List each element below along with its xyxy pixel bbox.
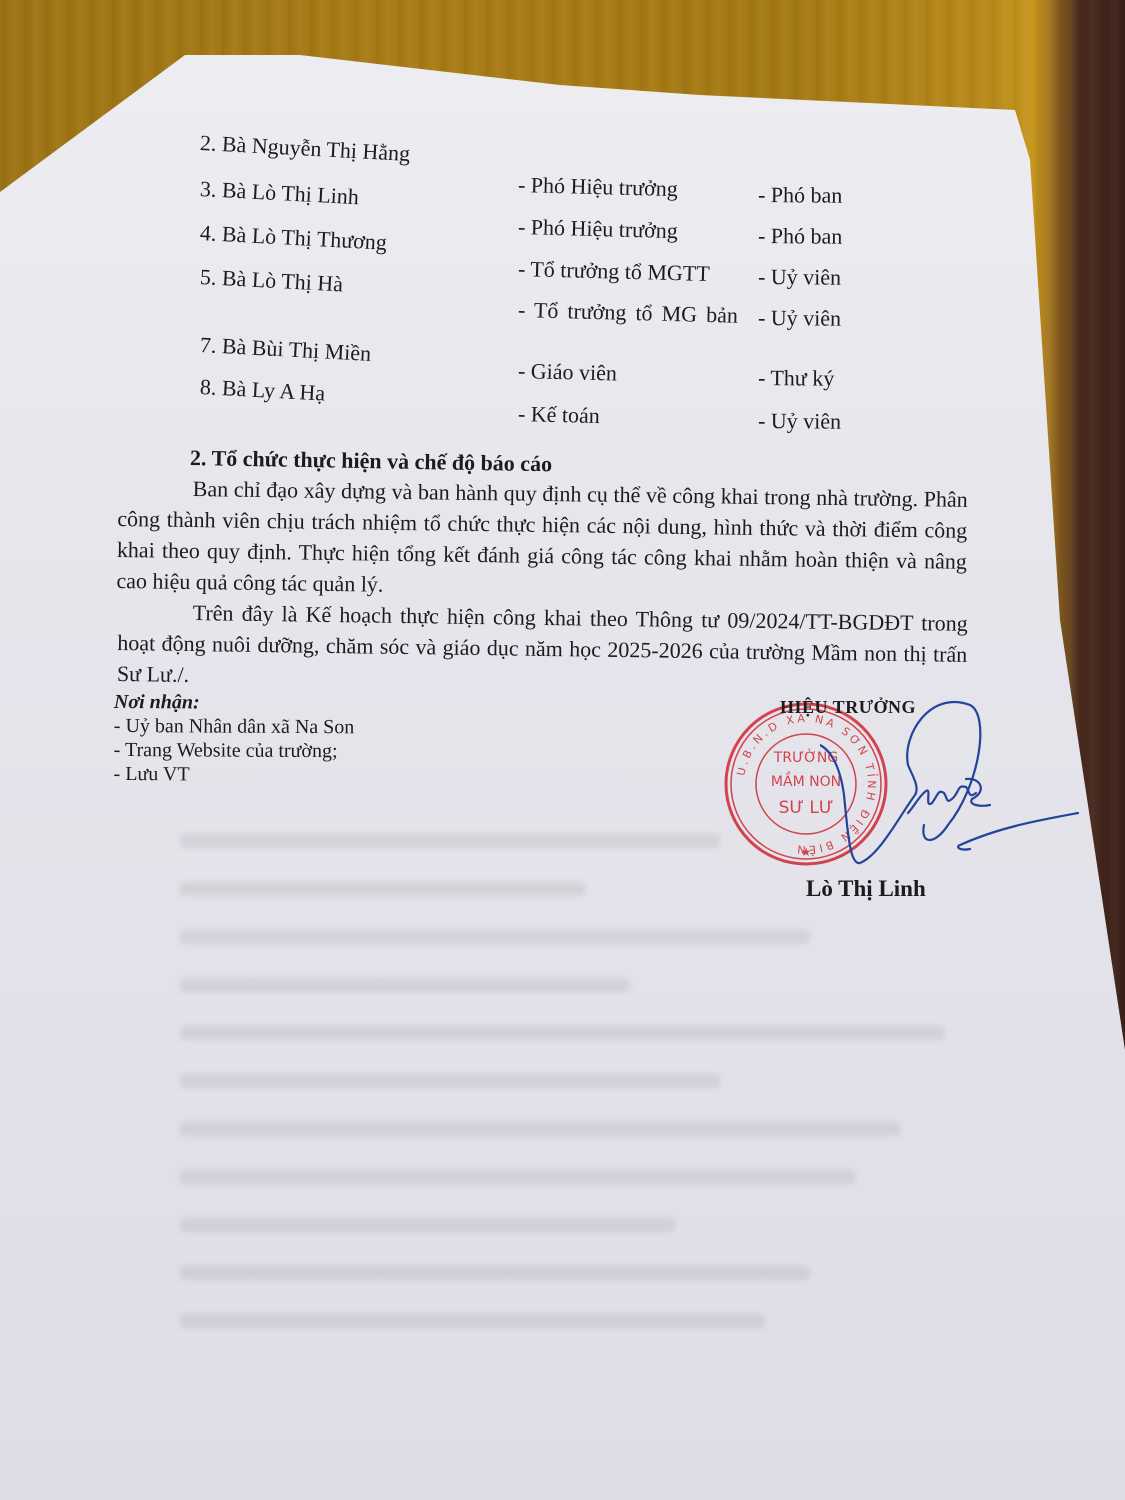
member-role: - Kế toán xyxy=(518,401,601,429)
member-duty: - Uỷ viên xyxy=(758,305,841,332)
paragraph-text: Ban chỉ đạo xây dựng và ban hành quy địn… xyxy=(116,476,968,597)
signatory-name: Lò Thị Linh xyxy=(806,876,926,902)
paragraph-closing: Trên đây là Kế hoạch thực hiện công khai… xyxy=(117,596,968,701)
section-heading: 2. Tổ chức thực hiện và chế độ báo cáo xyxy=(190,445,553,477)
handwritten-signature-icon xyxy=(820,695,1090,875)
recipients-block: Nơi nhận: - Uỷ ban Nhân dân xã Na Son - … xyxy=(113,690,354,787)
recipients-label: Nơi nhận: xyxy=(114,690,355,715)
member-name: 5. Bà Lò Thị Hà xyxy=(199,264,343,297)
member-duty: - Uỷ viên xyxy=(758,408,841,435)
show-through-text xyxy=(180,800,1080,1360)
member-name: 3. Bà Lò Thị Linh xyxy=(199,176,359,210)
member-name: 2. Bà Nguyễn Thị Hằng xyxy=(199,130,410,167)
document-content: 2. Bà Nguyễn Thị Hằng 3. Bà Lò Thị Linh … xyxy=(0,0,1125,1500)
member-duty: - Phó ban xyxy=(758,223,843,250)
recipient-item: - Trang Website của trường; xyxy=(114,738,355,763)
member-duty: - Uỷ viên xyxy=(758,264,841,291)
member-role: - Tổ trưởng tổ MGTT xyxy=(518,256,710,287)
member-duty: - Phó ban xyxy=(758,182,843,209)
member-role: - Giáo viên xyxy=(518,358,618,387)
member-role: - Phó Hiệu trưởng xyxy=(518,214,678,244)
paragraph-text: Trên đây là Kế hoạch thực hiện công khai… xyxy=(117,600,968,687)
member-role: - Phó Hiệu trưởng xyxy=(518,172,678,202)
member-name: 8. Bà Ly A Hạ xyxy=(199,374,325,407)
member-name: 7. Bà Bùi Thị Miền xyxy=(199,332,371,367)
member-name: 4. Bà Lò Thị Thương xyxy=(199,220,387,256)
member-duty: - Thư ký xyxy=(758,365,835,392)
paragraph-implementation: Ban chỉ đạo xây dựng và ban hành quy địn… xyxy=(116,472,968,608)
recipient-item: - Lưu VT xyxy=(113,762,354,787)
recipient-item: - Uỷ ban Nhân dân xã Na Son xyxy=(114,714,355,739)
member-role: - Tổ trưởng tổ MG bản xyxy=(518,298,739,328)
svg-text:★: ★ xyxy=(801,845,812,859)
